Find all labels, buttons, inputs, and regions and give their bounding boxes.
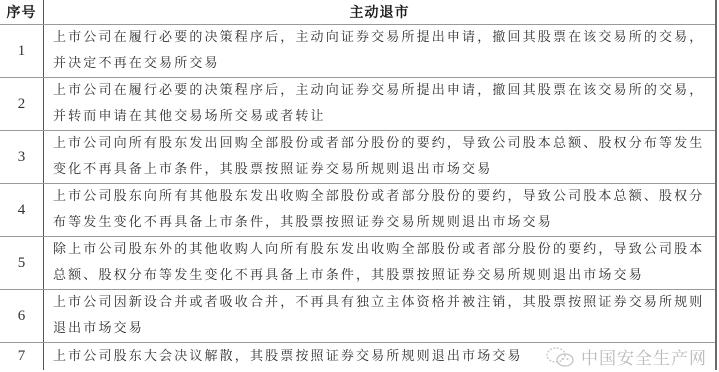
- table-row: 2 上市公司在履行必要的决策程序后，主动向证券交易所提出申请，撤回其股票在该交易…: [0, 78, 716, 131]
- table-header-row: 序号 主动退市: [0, 0, 716, 25]
- header-content: 主动退市: [44, 0, 717, 25]
- table-row: 5 除上市公司股东外的其他收购人向所有股东发出收购全部股份或者部分股份的要约，导…: [0, 237, 716, 290]
- row-text: 上市公司因新设合并或者吸收合并，不再具有独立主体资格并被注销，其股票按照证券交易…: [44, 290, 717, 343]
- row-text: 上市公司在履行必要的决策程序后，主动向证券交易所提出申请，撤回其股票在该交易所的…: [44, 25, 717, 78]
- row-text: 上市公司股东向所有其他股东发出收购全部股份或者部分股份的要约，导致公司股本总额、…: [44, 184, 717, 237]
- table-row: 4 上市公司股东向所有其他股东发出收购全部股份或者部分股份的要约，导致公司股本总…: [0, 184, 716, 237]
- table-row: 1 上市公司在履行必要的决策程序后，主动向证券交易所提出申请，撤回其股票在该交易…: [0, 25, 716, 78]
- row-number: 5: [0, 237, 44, 290]
- watermark: 中国安全生产网: [543, 344, 709, 369]
- watermark-text: 中国安全生产网: [581, 344, 707, 369]
- table-row: 3 上市公司向所有股东发出回购全部股份或者部分股份的要约，导致公司股本总额、股权…: [0, 131, 716, 184]
- row-number: 2: [0, 78, 44, 131]
- header-number: 序号: [0, 0, 44, 25]
- row-number: 3: [0, 131, 44, 184]
- row-number: 4: [0, 184, 44, 237]
- row-number: 7: [0, 343, 44, 371]
- table-row: 6 上市公司因新设合并或者吸收合并，不再具有独立主体资格并被注销，其股票按照证券…: [0, 290, 716, 343]
- row-text: 上市公司向所有股东发出回购全部股份或者部分股份的要约，导致公司股本总额、股权分布…: [44, 131, 717, 184]
- voluntary-delisting-table: 序号 主动退市 1 上市公司在履行必要的决策程序后，主动向证券交易所提出申请，撤…: [0, 0, 717, 370]
- row-number: 1: [0, 25, 44, 78]
- row-text: 上市公司在履行必要的决策程序后，主动向证券交易所提出申请，撤回其股票在该交易所的…: [44, 78, 717, 131]
- row-number: 6: [0, 290, 44, 343]
- wechat-icon: [545, 346, 575, 368]
- row-text: 除上市公司股东外的其他收购人向所有股东发出收购全部股份或者部分股份的要约，导致公…: [44, 237, 717, 290]
